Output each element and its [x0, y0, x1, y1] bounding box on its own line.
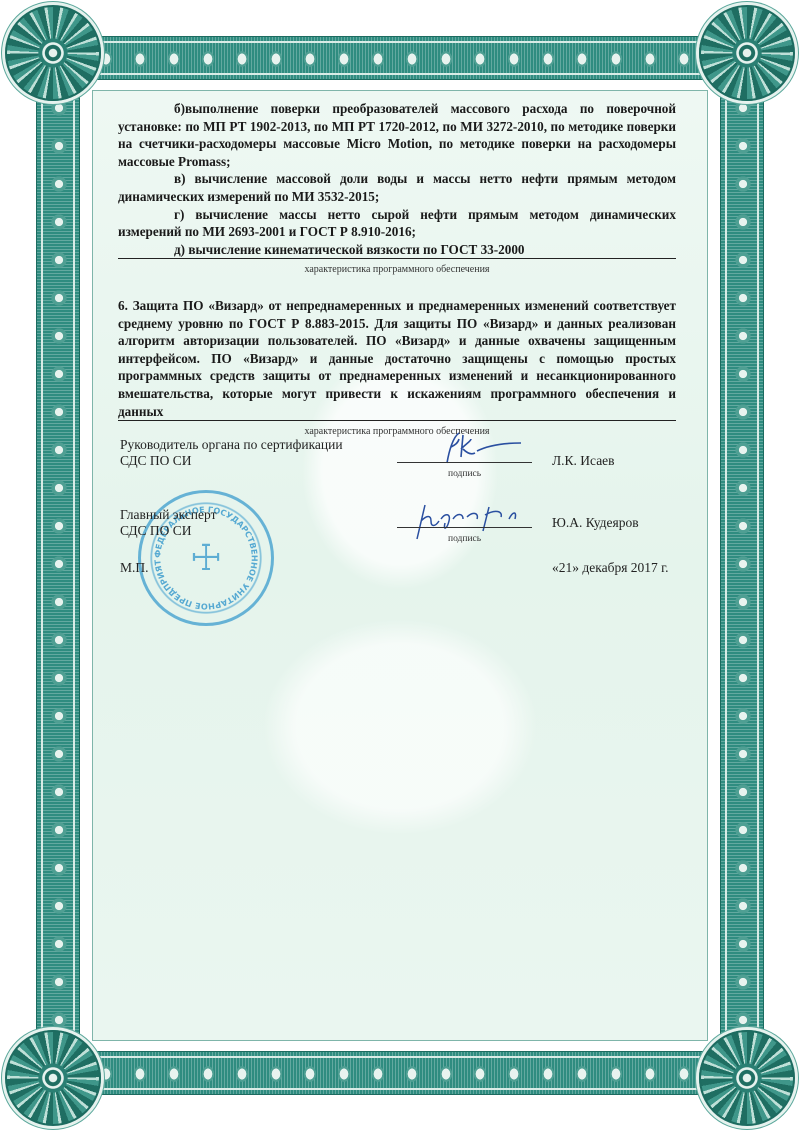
signatory-position: Главный эксперт [120, 507, 216, 523]
signature-row-expert: Главный эксперт СДС ПО СИ подпись Ю.А. К… [0, 507, 800, 547]
signatory-position: Руководитель органа по сертификации [120, 437, 343, 453]
section-6-protection: 6. Защита ПО «Визард» от непреднамеренны… [118, 297, 676, 421]
item-b: б)выполнение поверки преобразователей ма… [118, 100, 676, 170]
rosette-ornament-icon [699, 1030, 795, 1126]
item-g: г) вычисление массы нетто сырой нефти пр… [118, 206, 676, 241]
signature-line [397, 462, 532, 463]
signatory-org: СДС ПО СИ [120, 453, 343, 469]
item-d: д) вычисление кинематической вязкости по… [118, 241, 676, 260]
signature-caption: подпись [448, 531, 481, 547]
item-v: в) вычисление массовой доли воды и массы… [118, 170, 676, 205]
rosette-ornament-icon [5, 5, 101, 101]
certificate-body: б)выполнение поверки преобразователей ма… [118, 100, 676, 441]
signatory-title: Главный эксперт СДС ПО СИ [120, 507, 216, 539]
caption-software-characteristics: характеристика программного обеспечения [118, 261, 676, 279]
handwritten-signature [425, 429, 535, 469]
frame-border-right [720, 88, 764, 1043]
rosette-ornament-icon [5, 1030, 101, 1126]
rosette-ornament-icon [699, 5, 795, 101]
certificate-date: «21» декабря 2017 г. [552, 560, 669, 576]
signatory-org: СДС ПО СИ [120, 523, 216, 539]
signatory-name: Л.К. Исаев [552, 453, 615, 469]
signature-line [397, 527, 532, 528]
signatory-title: Руководитель органа по сертификации СДС … [120, 437, 343, 469]
signature-caption: подпись [448, 466, 481, 482]
frame-border-left [36, 88, 80, 1043]
seal-label: М.П. [120, 560, 149, 576]
frame-border-bottom [88, 1051, 712, 1095]
signatory-name: Ю.А. Кудеяров [552, 515, 639, 531]
frame-border-top [88, 36, 712, 80]
signature-row-head: Руководитель органа по сертификации СДС … [0, 437, 800, 477]
